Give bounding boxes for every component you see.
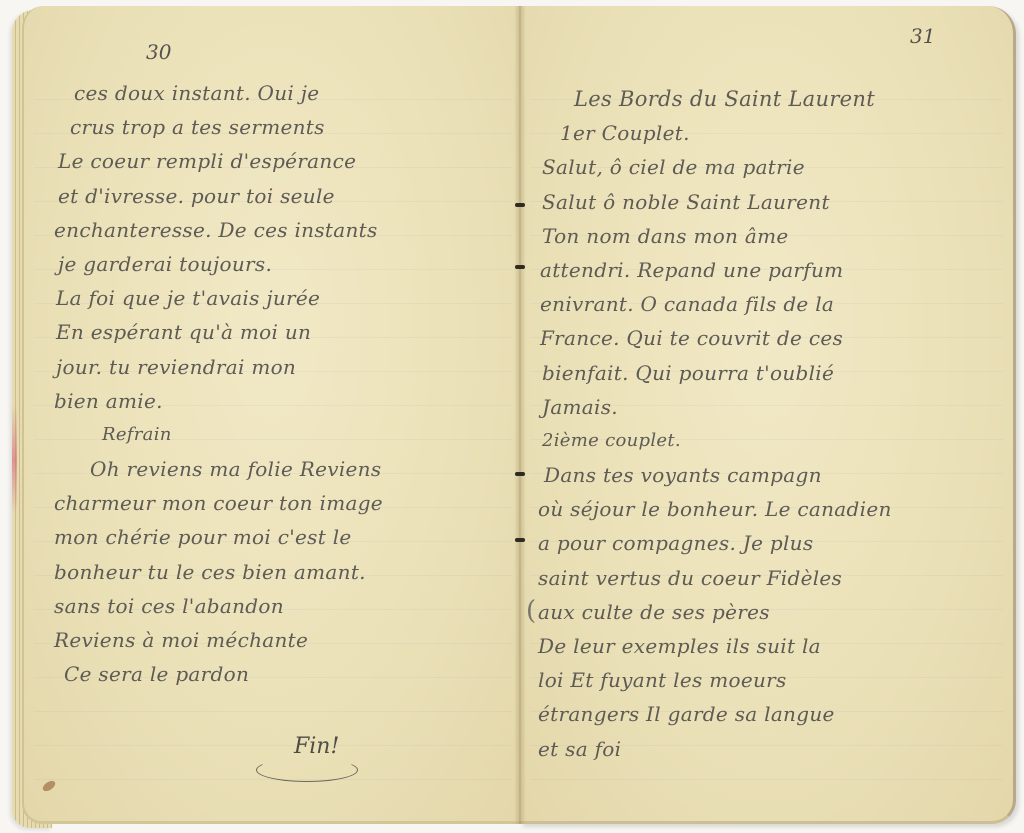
text-line: jour. tu reviendrai mon [54, 350, 522, 384]
verse-line: Ton nom dans mon âme [538, 219, 1013, 253]
page-number-left: 30 [146, 40, 171, 64]
verse-line: De leur exemples ils suit la [538, 629, 1013, 663]
refrain-label: Refrain [54, 418, 522, 452]
verse-line: où séjour le bonheur. Le canadien [538, 492, 1013, 526]
open-notebook: 30 ces doux instant. Oui je crus trop a … [0, 0, 1024, 833]
verse-label: 2ième couplet. [538, 424, 1013, 458]
verse-line: Salut, ô ciel de ma patrie [538, 150, 1013, 184]
text-line: je garderai toujours. [54, 247, 522, 281]
verse-line: France. Qui te couvrit de ces [538, 321, 1013, 355]
refrain-line: mon chérie pour moi c'est le [54, 520, 522, 554]
closing-fin: Fin! [294, 734, 339, 759]
refrain-line: sans toi ces l'abandon [54, 589, 522, 623]
verse-line: bienfait. Qui pourra t'oublié [538, 356, 1013, 390]
book-gutter [514, 6, 526, 824]
verse-line: attendri. Repand une parfum [538, 253, 1013, 287]
binding-stitch [515, 472, 525, 476]
ink-stain [41, 779, 57, 794]
verse-line: Dans tes voyants campagn [538, 458, 1013, 492]
verse-label: 1er Couplet. [538, 116, 1013, 150]
text-line: bien amie. [54, 384, 522, 418]
verse-line: étrangers Il garde sa langue [538, 697, 1013, 731]
margin-bracket: ( [526, 596, 536, 626]
binding-stitch [515, 265, 525, 269]
refrain-line: Ce sera le pardon [54, 657, 522, 691]
refrain-line: Reviens à moi méchante [54, 623, 522, 657]
verse-line: Salut ô noble Saint Laurent [538, 185, 1013, 219]
song-title: Les Bords du Saint Laurent [538, 82, 1013, 116]
refrain-line: Oh reviens ma folie Reviens [54, 452, 522, 486]
refrain-line: charmeur mon coeur ton image [54, 486, 522, 520]
verse-line: aux culte de ses pères [538, 595, 1013, 629]
verse-line: saint vertus du coeur Fidèles [538, 561, 1013, 595]
text-line: enchanteresse. De ces instants [54, 213, 522, 247]
left-page-text: ces doux instant. Oui je crus trop a tes… [24, 76, 522, 691]
right-page: 31 Les Bords du Saint Laurent 1er Couple… [520, 6, 1016, 824]
fin-flourish [256, 758, 358, 782]
text-line: crus trop a tes serments [54, 110, 522, 144]
verse-line: enivrant. O canada fils de la [538, 287, 1013, 321]
text-line: ces doux instant. Oui je [54, 76, 522, 110]
text-line: Le coeur rempli d'espérance [54, 144, 522, 178]
verse-line: a pour compagnes. Je plus [538, 526, 1013, 560]
verse-line: Jamais. [538, 390, 1013, 424]
text-line: En espérant qu'à moi un [54, 315, 522, 349]
text-line: et d'ivresse. pour toi seule [54, 179, 522, 213]
verse-line: et sa foi [538, 732, 1013, 766]
text-line: La foi que je t'avais jurée [54, 281, 522, 315]
binding-stitch [515, 538, 525, 542]
verse-line: loi Et fuyant les moeurs [538, 663, 1013, 697]
page-number-right: 31 [910, 24, 935, 48]
left-page: 30 ces doux instant. Oui je crus trop a … [22, 6, 522, 824]
red-edge-mark [12, 405, 17, 515]
right-page-text: Les Bords du Saint Laurent 1er Couplet. … [520, 82, 1013, 766]
binding-stitch [515, 203, 525, 207]
refrain-line: bonheur tu le ces bien amant. [54, 555, 522, 589]
